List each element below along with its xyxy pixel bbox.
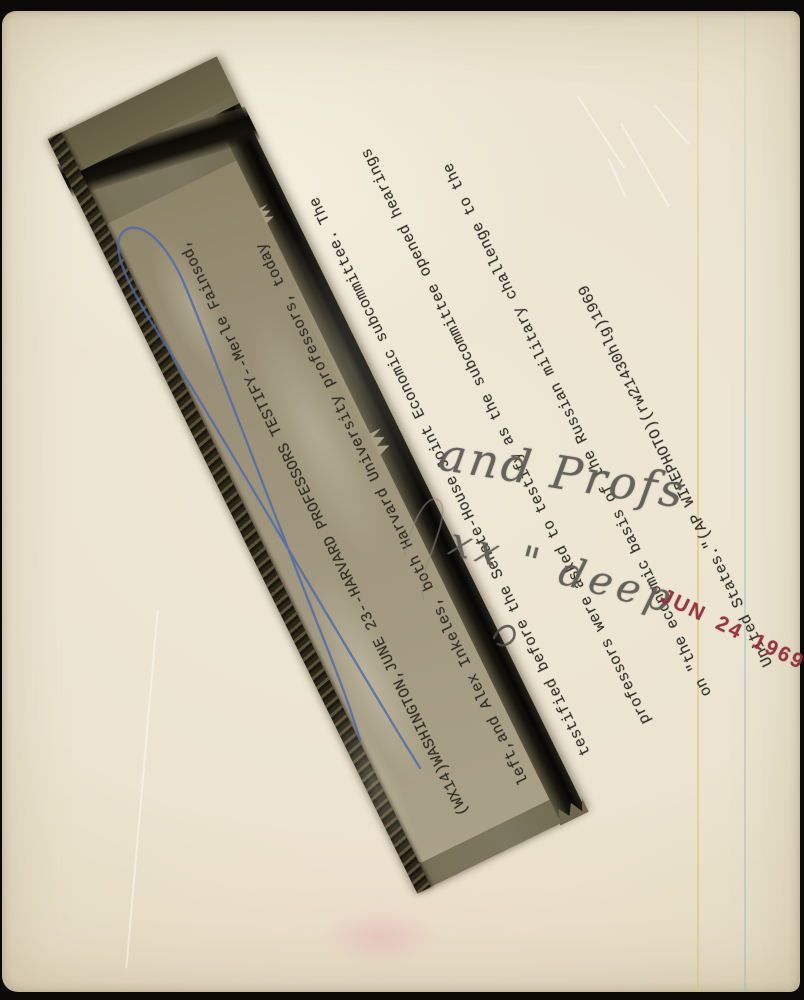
white-scratch-streak	[654, 105, 690, 146]
photo-verso-scan: { "caption": { "lines": [ "(WX14)WASHING…	[0, 0, 804, 1000]
white-scratch-streak	[620, 123, 670, 207]
paper-crease-line	[125, 610, 158, 969]
pink-smudge	[320, 907, 440, 965]
white-scratch-streak	[577, 95, 626, 168]
